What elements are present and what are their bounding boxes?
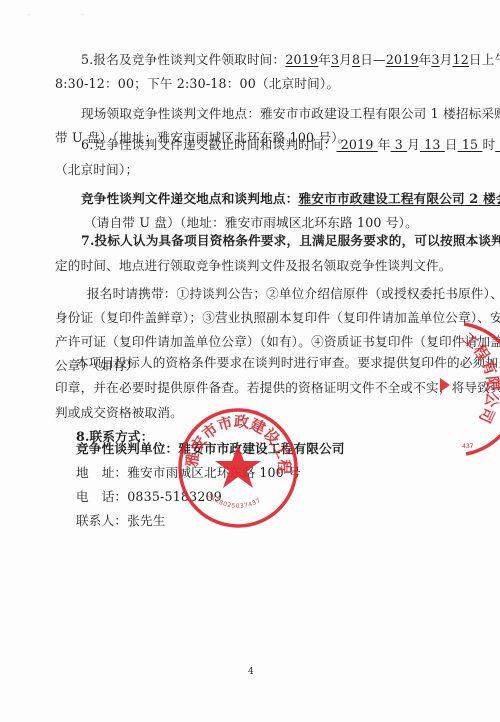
deadline-year: 2019 [337,137,378,152]
text: 时 [482,137,495,152]
text: 年 [378,137,391,152]
section7-line2: 定的时间、地点进行领取竞争性谈判文件及报名领取竞争性谈判文件。 [55,258,452,274]
deadline-minute: 00 [495,137,500,152]
bring-items-line2: 身份证（复印件盖鲜章）；③营业执照副本复印件（复印件请加盖单位公章）、安全生 [55,310,500,326]
review-line2: 印章，并在必要时提供原件备查。若提供的资格证明文件不全或不实，将导致其参加谈 [55,380,500,396]
section5-line1: 5.报名及竞争性谈判文件领取时间：2019年3月8日—2019年3月12日上午 [81,52,500,68]
section5-line2: 8:30-12：00；下午 2:30-18：00（北京时间）。 [55,76,339,92]
text: 日 [445,137,458,152]
end-day: 12 [452,52,468,67]
contact-unit-line: 竞争性谈判单位：雅安市市政建设工程有限公司 [76,441,345,457]
text: 年 [419,52,432,67]
pickup-location-line1: 现场领取竞争性谈判文件地点：雅安市市政建设工程有限公司 1 楼招标采购部（自 [81,106,500,122]
contact-phone-label: 电 话： [76,489,127,504]
end-month: 3 [431,52,439,67]
contact-address-line: 地 址：雅安市雨城区北环东路 100 号 [76,465,301,481]
text: 月 [440,52,453,67]
contact-unit-label: 竞争性谈判单位： [76,441,178,456]
document-page: · · 5.报名及竞争性谈判文件领取时间：2019年3月8日—2019年3月12… [0,0,500,722]
deadline-hour: 15 [458,137,483,152]
bring-items-line1: 报名时请携带：①持谈判公告；②单位介绍信原件（或授权委托书原件）、有效 [87,286,500,302]
review-line1: 本项目投标人的资格条件要求在谈判时进行审查。要求提供复印件的必须加盖单位 [76,355,500,371]
text: 日— [360,52,386,67]
contact-unit-value: 雅安市市政建设工程有限公司 [178,441,344,456]
text: 年 [318,52,331,67]
contact-address-label: 地 址： [76,465,127,480]
text: 月 [339,52,352,67]
section6-line2: （北京时间）； [55,162,138,178]
start-month: 3 [331,52,339,67]
contact-address-value: 雅安市雨城区北环东路 100 号 [127,465,301,480]
deadline-month: 3 [391,137,408,152]
contact-person-label: 联系人： [76,513,127,528]
start-day: 8 [352,52,360,67]
partial-seal-code: 437 [462,443,474,450]
deadline-day: 13 [420,137,445,152]
submission-place-line2: （请自带 U 盘）（地址：雅安市雨城区北环东路 100 号）。 [84,215,418,231]
submission-place-line: 竞争性谈判文件递交地点和谈判地点：雅安市市政建设工程有限公司 2 楼会议室 [81,191,500,207]
contact-phone-line: 电 话：0835-5183209 [76,489,222,505]
text: 日上午 [469,52,500,67]
page-number: 4 [248,667,254,677]
end-year: 2019 [386,52,419,67]
scan-marks: · · [28,12,109,19]
contact-person-value: 张先生 [127,513,165,528]
review-line3: 判或成交资格被取消。 [55,405,183,421]
submission-place-label: 竞争性谈判文件递交地点和谈判地点： [81,191,299,206]
text: 月 [407,137,420,152]
section6-label: 6.竞争性谈判文件递交截止时间和谈判时间： [81,137,337,152]
start-year: 2019 [285,52,318,67]
contact-phone-value: 0835-5183209 [127,489,222,504]
section6-line1: 6.竞争性谈判文件递交截止时间和谈判时间： 2019 年 3 月 13 日 15… [81,137,500,153]
submission-place-value: 雅安市市政建设工程有限公司 2 楼会议室 [299,191,500,206]
section5-label: 5.报名及竞争性谈判文件领取时间： [81,52,285,67]
contact-person-line: 联系人：张先生 [76,513,166,529]
section7-line1: 7.投标人认为具备项目资格条件要求，且满足服务要求的，可以按照本谈判公告规 [81,233,500,249]
bring-items-line3: 产许可证（复印件请加盖单位公章）（如有）。④资质证书复印件（复印件请加盖单位 [55,334,500,350]
